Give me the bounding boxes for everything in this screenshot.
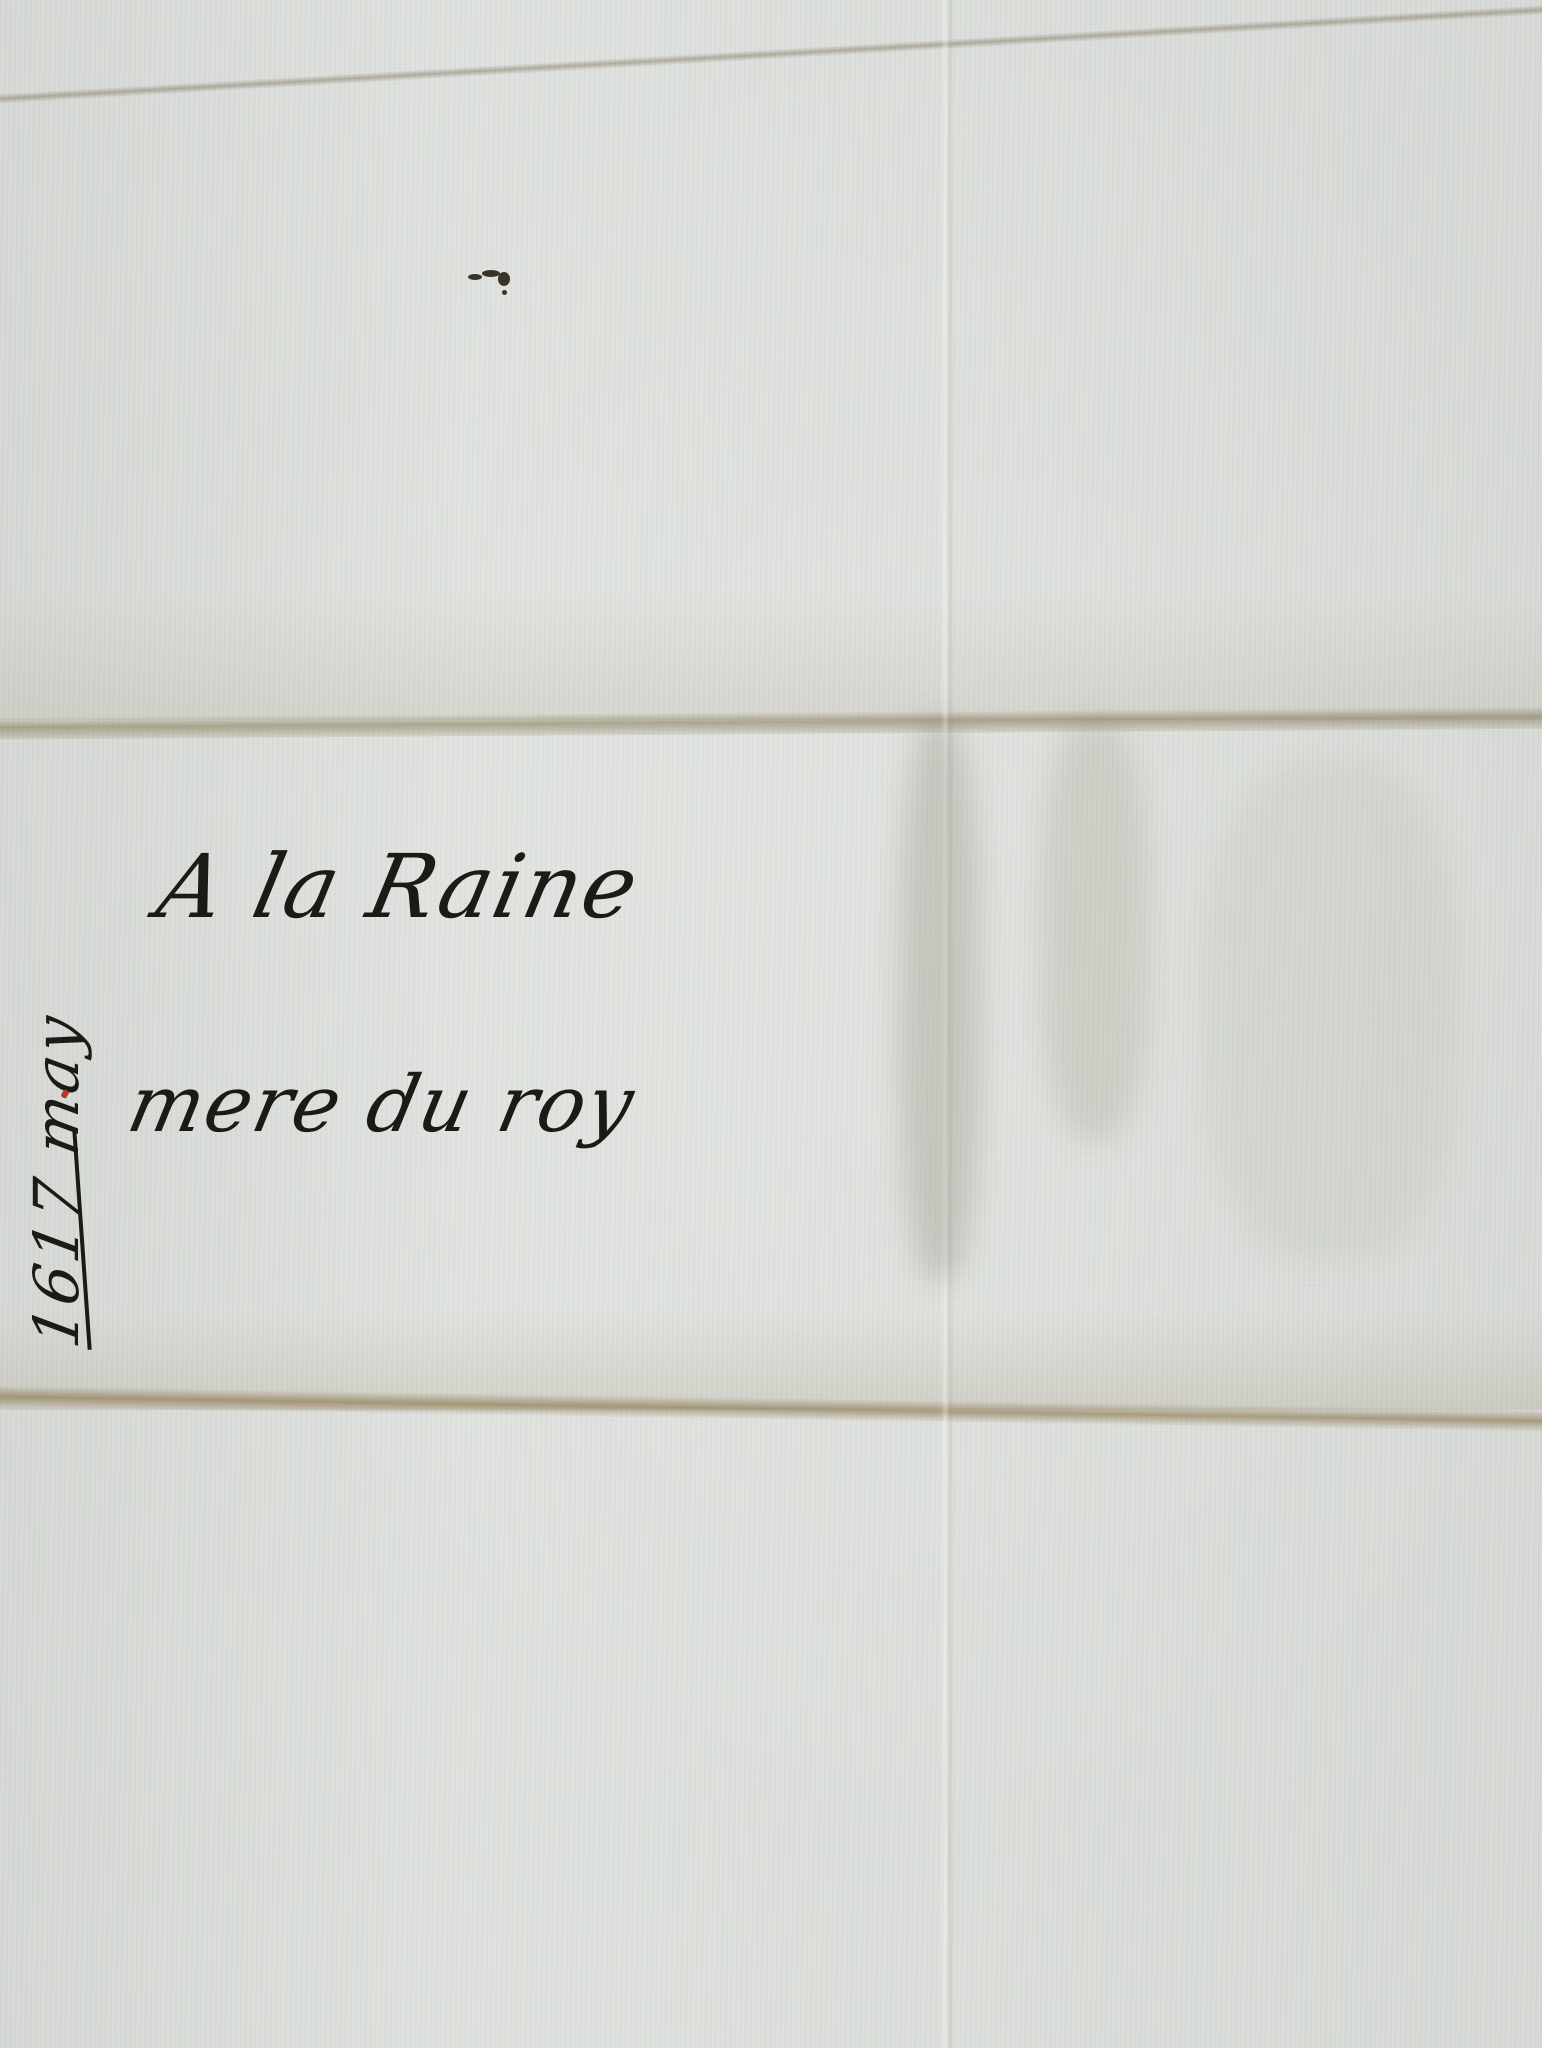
address-line-title: mere du roy bbox=[120, 1060, 643, 1150]
water-stain bbox=[1040, 720, 1150, 1140]
margin-date-annotation: 1617 may bbox=[20, 1008, 93, 1353]
fold-crease-top bbox=[0, 3, 1542, 105]
letter-paper: A la Raine mere du roy 1617 may bbox=[0, 0, 1542, 2048]
fold-crease-middle bbox=[0, 706, 1542, 739]
fold-shadow-middle bbox=[0, 590, 1542, 720]
address-line-recipient: A la Raine bbox=[149, 835, 649, 938]
fold-crease-bottom bbox=[0, 1385, 1542, 1432]
ink-blot bbox=[468, 268, 528, 298]
fold-crease-vertical bbox=[940, 0, 954, 2048]
water-stain bbox=[900, 720, 980, 1280]
fold-shadow-bottom bbox=[0, 1310, 1542, 1410]
water-stain bbox=[1200, 760, 1460, 1260]
